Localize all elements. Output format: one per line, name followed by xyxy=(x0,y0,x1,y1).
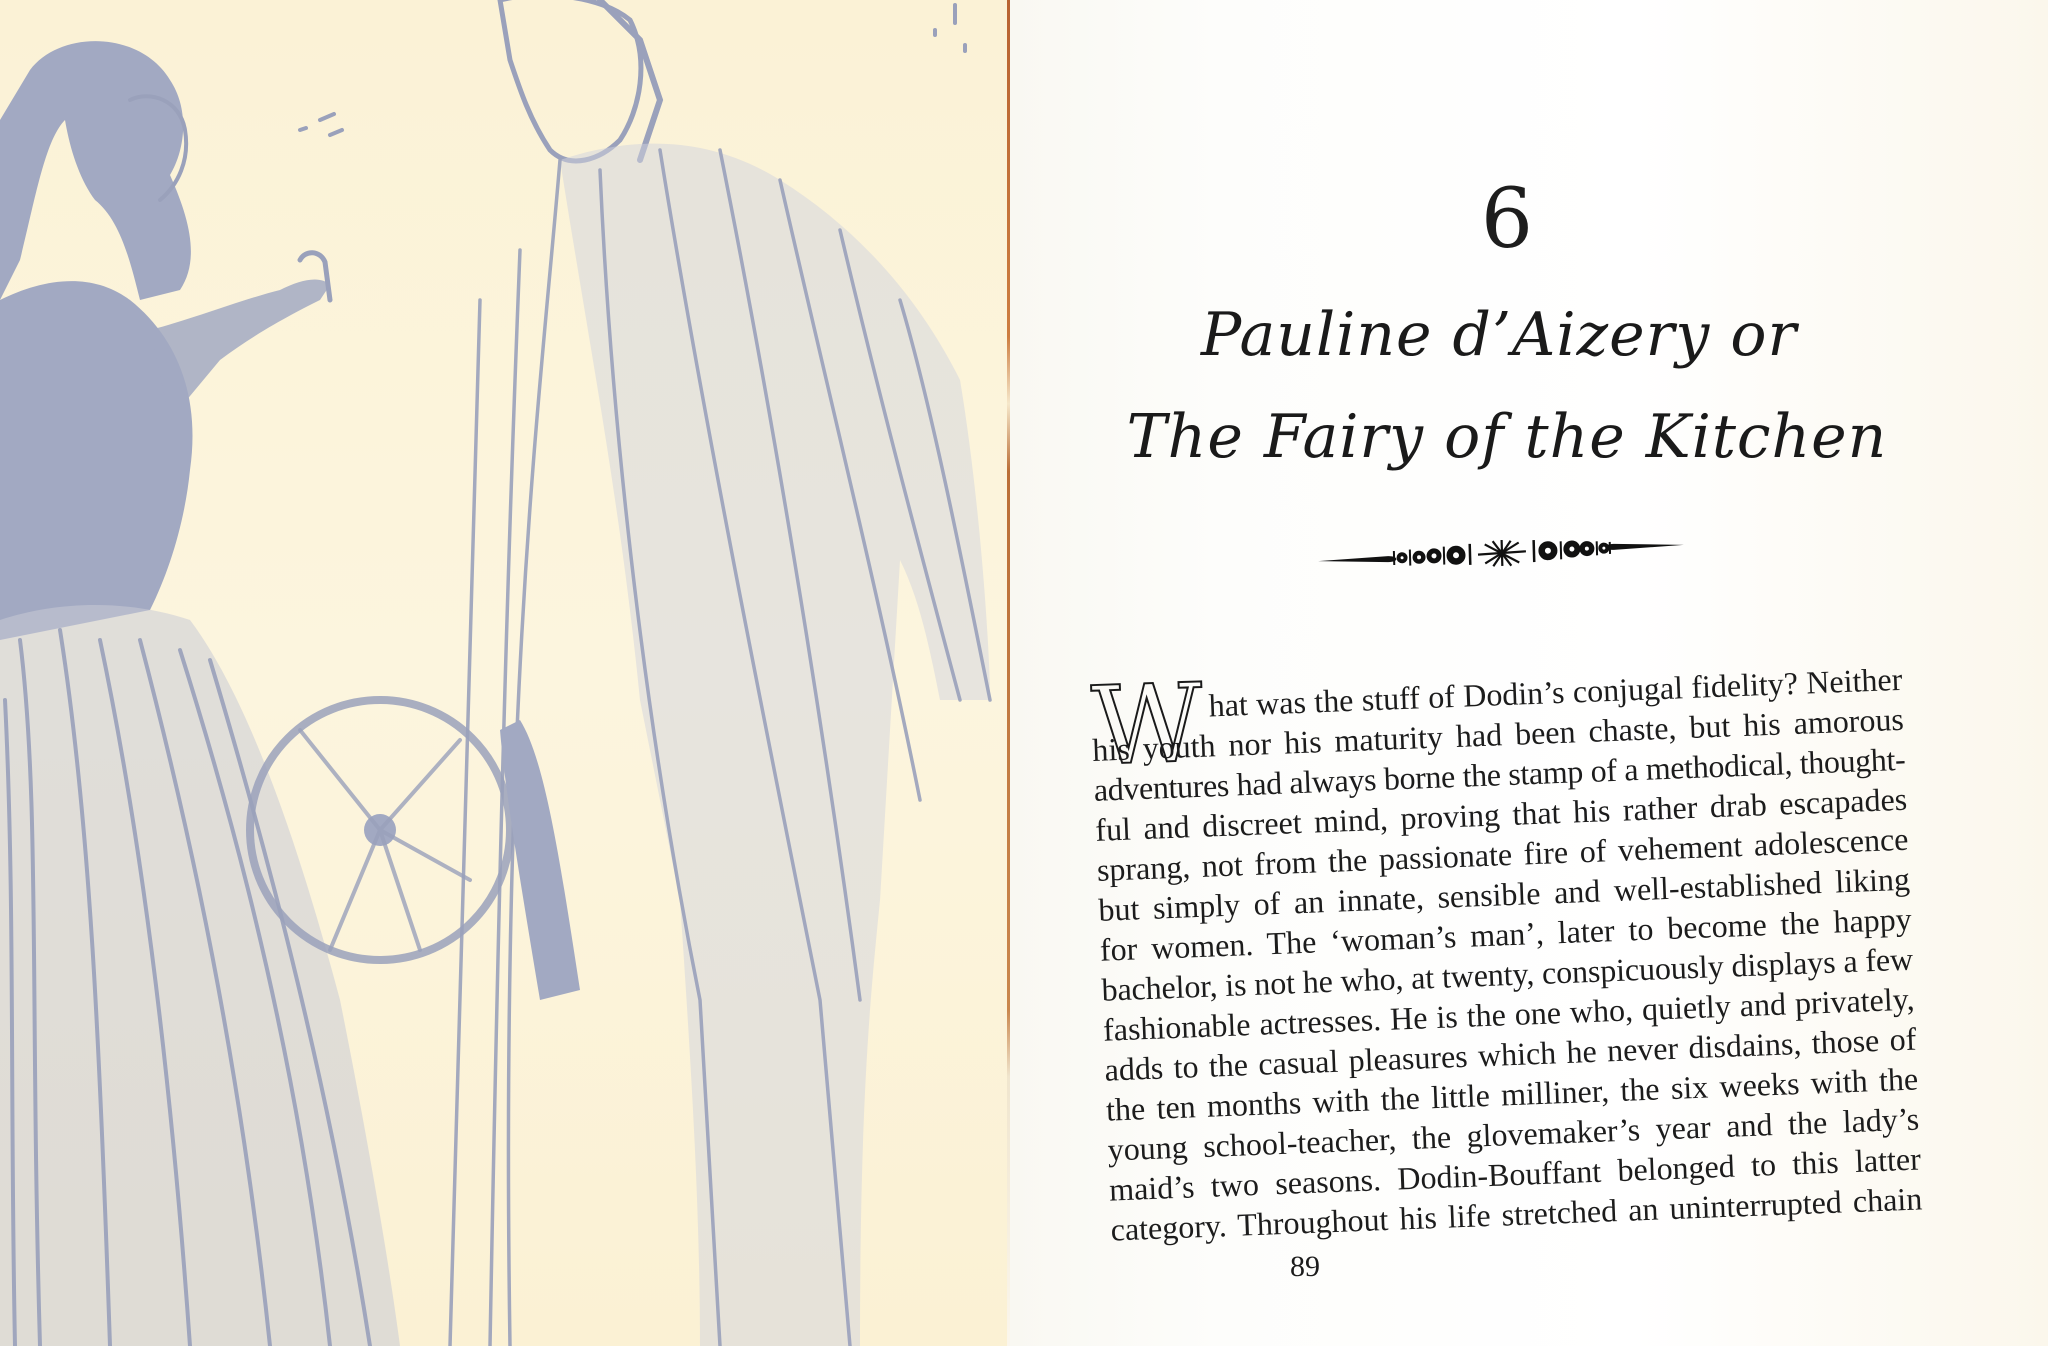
left-page xyxy=(0,0,1008,1346)
body-text: hat was the stuff of Dodin’s conjugal fi… xyxy=(1090,659,1923,1250)
illustration-woman-and-man-icon xyxy=(0,0,1008,1346)
chapter-number: 6 xyxy=(988,172,2026,267)
page-number: 89 xyxy=(1290,1250,1320,1284)
book-spread: 6 Pauline d’Aizery or The Fairy of the K… xyxy=(0,0,2048,1346)
chapter-title-line-1: Pauline d’Aizery or xyxy=(980,300,2018,370)
chapter-title-line-2: The Fairy of the Kitchen xyxy=(988,402,2026,472)
